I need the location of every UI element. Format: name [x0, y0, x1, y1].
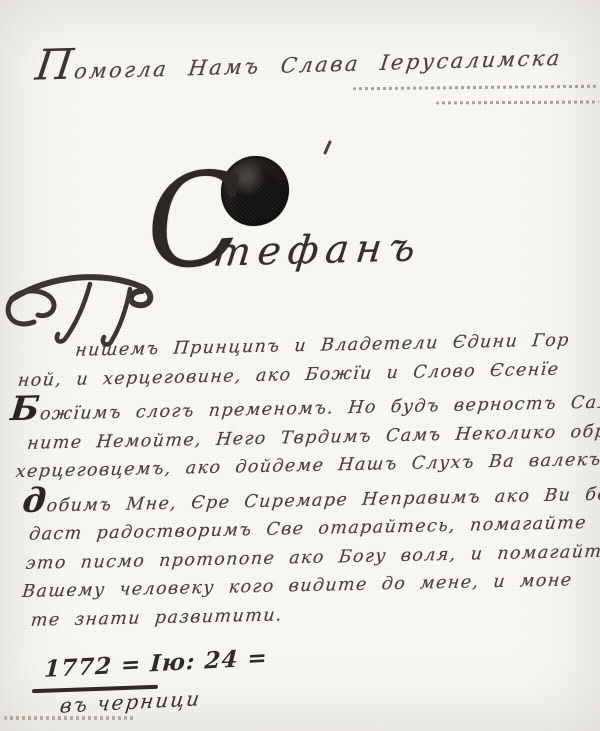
- hatched-line-top-2: [436, 100, 599, 104]
- signature-name: тефанъ: [211, 225, 424, 275]
- hatched-line-bottom: [4, 716, 136, 720]
- body-text-block: нишемъ Принципъ и Владетели Єдини Гор но…: [9, 326, 600, 635]
- manuscript-page: Помогла Намъ Слава Іерусалимска С тефанъ…: [0, 0, 600, 731]
- pen-accent-mark: [323, 140, 332, 155]
- header-line: Помогла Намъ Слава Іерусалимска: [33, 27, 509, 89]
- date-line: 1772 = Ію: 24 =: [43, 644, 268, 683]
- hatched-line-top-1: [353, 85, 599, 91]
